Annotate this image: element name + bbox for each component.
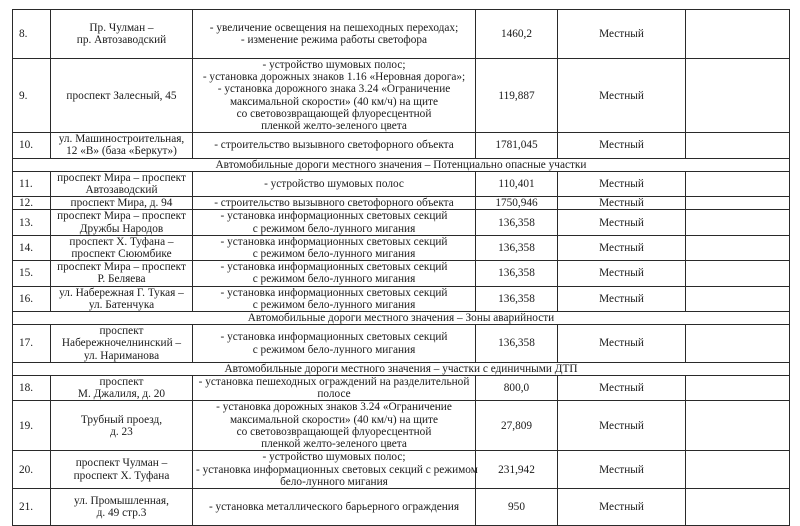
measures-cell: - установка информационных световых секц… xyxy=(193,286,476,311)
location-cell-line: проспект Мира – проспект xyxy=(54,261,189,273)
cost-cell: 231,942 xyxy=(476,451,558,489)
cost-cell-line: 231,942 xyxy=(479,464,554,476)
location-cell: проспектНабережночелнинский –ул. Нариман… xyxy=(51,325,193,363)
cost-cell-line: 1460,2 xyxy=(479,28,554,40)
row-number: 13. xyxy=(13,210,51,235)
significance-cell-line: Местный xyxy=(561,197,682,209)
measures-cell: - строительство вызывного светофорного о… xyxy=(193,197,476,210)
significance-cell: Местный xyxy=(558,59,686,133)
measures-cell-line: максимальной скорости» (40 км/ч) на щите xyxy=(196,96,472,108)
measures-cell-line: - устройство шумовых полос; xyxy=(196,59,472,71)
location-cell-line: Набережночелнинский – xyxy=(54,337,189,349)
cost-cell: 119,887 xyxy=(476,59,558,133)
measures-cell-line: бело-лунного мигания xyxy=(196,476,472,488)
location-cell-line: ул. Промышленная, xyxy=(54,495,189,507)
table-row: 16.ул. Набережная Г. Тукая –ул. Батенчук… xyxy=(13,286,790,311)
location-cell-line: проспект xyxy=(54,376,189,388)
measures-cell: - устройство шумовых полос;- установка д… xyxy=(193,59,476,133)
location-cell-line: Пр. Чулман – xyxy=(54,22,189,34)
section-title-line: Автомобильные дороги местного значения –… xyxy=(16,312,786,324)
measures-cell-line: пленкой желто-зеленого цвета xyxy=(196,438,472,450)
significance-cell-line: Местный xyxy=(561,139,682,151)
note-cell xyxy=(686,401,790,451)
measures-cell-line: - установка информационных световых секц… xyxy=(196,236,472,248)
location-cell: ул. Набережная Г. Тукая –ул. Батенчука xyxy=(51,286,193,311)
measures-cell: - установка металлического барьерного ог… xyxy=(193,488,476,525)
row-number-line: 21. xyxy=(19,501,47,513)
measures-cell-line: - установка дорожного знака 3.24 «Ограни… xyxy=(196,83,472,95)
measures-cell: - установка информационных световых секц… xyxy=(193,210,476,235)
section-title-line: Автомобильные дороги местного значения –… xyxy=(16,363,786,375)
measures-cell-line: пленкой желто-зеленого цвета xyxy=(196,120,472,132)
measures-cell: - установка информационных световых секц… xyxy=(193,325,476,363)
location-cell: проспект Х. Туфана –проспект Сююмбике xyxy=(51,235,193,260)
measures-cell-line: - установка информационных световых секц… xyxy=(196,331,472,343)
location-cell: Пр. Чулман –пр. Автозаводский xyxy=(51,10,193,59)
location-cell-line: проспект Х. Туфана xyxy=(54,470,189,482)
cost-cell-line: 136,358 xyxy=(479,217,554,229)
note-cell xyxy=(686,488,790,525)
note-cell xyxy=(686,286,790,311)
location-cell-line: пр. Автозаводский xyxy=(54,34,189,46)
cost-cell-line: 950 xyxy=(479,501,554,513)
significance-cell: Местный xyxy=(558,325,686,363)
row-number: 16. xyxy=(13,286,51,311)
location-cell-line: ул. Машиностроительная, xyxy=(54,133,189,145)
row-number-line: 9. xyxy=(19,90,47,102)
row-number-line: 20. xyxy=(19,464,47,476)
section-title-line: Автомобильные дороги местного значения –… xyxy=(16,159,786,171)
significance-cell-line: Местный xyxy=(561,28,682,40)
measures-cell-line: - увеличение освещения на пешеходных пер… xyxy=(196,22,472,34)
significance-cell: Местный xyxy=(558,133,686,158)
location-cell-line: проспект Залесный, 45 xyxy=(54,90,189,102)
row-number-line: 16. xyxy=(19,293,47,305)
row-number-line: 12. xyxy=(19,197,47,209)
location-cell-line: д. 49 стр.3 xyxy=(54,507,189,519)
note-cell xyxy=(686,210,790,235)
significance-cell-line: Местный xyxy=(561,501,682,513)
measures-cell: - установка пешеходных ограждений на раз… xyxy=(193,376,476,401)
measures-cell-line: с режимом бело-лунного мигания xyxy=(196,344,472,356)
measures-cell-line: со световозвращающей флуоресцентной xyxy=(196,108,472,120)
location-cell-line: Дружбы Народов xyxy=(54,223,189,235)
row-number: 8. xyxy=(13,10,51,59)
measures-cell-line: максимальной скорости» (40 км/ч) на щите xyxy=(196,414,472,426)
location-cell-line: ул. Нариманова xyxy=(54,350,189,362)
measures-cell-line: с режимом бело-лунного мигания xyxy=(196,273,472,285)
row-number: 14. xyxy=(13,235,51,260)
section-header-row: Автомобильные дороги местного значения –… xyxy=(13,362,790,375)
location-cell-line: Трубный проезд, xyxy=(54,414,189,426)
significance-cell-line: Местный xyxy=(561,217,682,229)
location-cell-line: д. 23 xyxy=(54,426,189,438)
table-row: 14.проспект Х. Туфана –проспект Сююмбике… xyxy=(13,235,790,260)
note-cell xyxy=(686,59,790,133)
row-number-line: 18. xyxy=(19,382,47,394)
significance-cell-line: Местный xyxy=(561,337,682,349)
location-cell: проспект Мира, д. 94 xyxy=(51,197,193,210)
location-cell-line: проспект Мира, д. 94 xyxy=(54,197,189,209)
measures-cell: - увеличение освещения на пешеходных пер… xyxy=(193,10,476,59)
table-row: 20.проспект Чулман –проспект Х. Туфана- … xyxy=(13,451,790,489)
row-number-line: 17. xyxy=(19,337,47,349)
cost-cell-line: 800,0 xyxy=(479,382,554,394)
location-cell-line: проспект Мира – проспект xyxy=(54,172,189,184)
significance-cell: Местный xyxy=(558,401,686,451)
note-cell xyxy=(686,261,790,286)
row-number: 20. xyxy=(13,451,51,489)
location-cell-line: 12 «В» (база «Беркут») xyxy=(54,145,189,157)
cost-cell: 800,0 xyxy=(476,376,558,401)
measures-cell-line: - установка информационных световых секц… xyxy=(196,464,472,476)
measures-cell-line: - установка информационных световых секц… xyxy=(196,210,472,222)
significance-cell: Местный xyxy=(558,286,686,311)
row-number-line: 13. xyxy=(19,217,47,229)
measures-cell: - установка информационных световых секц… xyxy=(193,261,476,286)
measures-cell-line: - устройство шумовых полос xyxy=(196,178,472,190)
measures-cell: - устройство шумовых полос;- установка и… xyxy=(193,451,476,489)
row-number-line: 8. xyxy=(19,28,47,40)
significance-cell: Местный xyxy=(558,210,686,235)
row-number: 17. xyxy=(13,325,51,363)
significance-cell: Местный xyxy=(558,171,686,196)
cost-cell-line: 1750,946 xyxy=(479,197,554,209)
measures-cell-line: - установка пешеходных ограждений на раз… xyxy=(196,376,472,388)
table-row: 21.ул. Промышленная,д. 49 стр.3- установ… xyxy=(13,488,790,525)
location-cell-line: М. Джалиля, д. 20 xyxy=(54,388,189,400)
table-row: 11.проспект Мира – проспектАвтозаводский… xyxy=(13,171,790,196)
significance-cell-line: Местный xyxy=(561,242,682,254)
measures-cell-line: полосе xyxy=(196,388,472,400)
section-title: Автомобильные дороги местного значения –… xyxy=(13,158,790,171)
section-header-row: Автомобильные дороги местного значения –… xyxy=(13,312,790,325)
location-cell-line: ул. Набережная Г. Тукая – xyxy=(54,287,189,299)
row-number: 19. xyxy=(13,401,51,451)
location-cell: Трубный проезд,д. 23 xyxy=(51,401,193,451)
measures-cell-line: - изменение режима работы светофора xyxy=(196,34,472,46)
significance-cell: Местный xyxy=(558,10,686,59)
cost-cell: 136,358 xyxy=(476,210,558,235)
row-number: 12. xyxy=(13,197,51,210)
row-number: 11. xyxy=(13,171,51,196)
significance-cell-line: Местный xyxy=(561,90,682,102)
location-cell-line: Автозаводский xyxy=(54,184,189,196)
measures-cell-line: - установка информационных световых секц… xyxy=(196,287,472,299)
location-cell: ул. Машиностроительная,12 «В» (база «Бер… xyxy=(51,133,193,158)
row-number: 15. xyxy=(13,261,51,286)
note-cell xyxy=(686,197,790,210)
measures-cell: - установка информационных световых секц… xyxy=(193,235,476,260)
table-body: 8.Пр. Чулман –пр. Автозаводский- увеличе… xyxy=(13,10,790,526)
measures-cell-line: со световозвращающей флуоресцентной xyxy=(196,426,472,438)
location-cell: ул. Промышленная,д. 49 стр.3 xyxy=(51,488,193,525)
table-row: 17.проспектНабережночелнинский –ул. Нари… xyxy=(13,325,790,363)
location-cell-line: Р. Беляева xyxy=(54,273,189,285)
measures-cell-line: - установка дорожных знаков 1.16 «Неровн… xyxy=(196,71,472,83)
row-number-line: 10. xyxy=(19,139,47,151)
row-number: 18. xyxy=(13,376,51,401)
location-cell-line: проспект xyxy=(54,325,189,337)
significance-cell: Местный xyxy=(558,451,686,489)
location-cell-line: проспект Х. Туфана – xyxy=(54,236,189,248)
cost-cell-line: 136,358 xyxy=(479,293,554,305)
location-cell: проспект Залесный, 45 xyxy=(51,59,193,133)
cost-cell-line: 1781,045 xyxy=(479,139,554,151)
significance-cell: Местный xyxy=(558,488,686,525)
cost-cell: 136,358 xyxy=(476,286,558,311)
cost-cell-line: 136,358 xyxy=(479,242,554,254)
significance-cell: Местный xyxy=(558,261,686,286)
location-cell: проспектМ. Джалиля, д. 20 xyxy=(51,376,193,401)
significance-cell-line: Местный xyxy=(561,382,682,394)
cost-cell: 1781,045 xyxy=(476,133,558,158)
table-row: 10.ул. Машиностроительная,12 «В» (база «… xyxy=(13,133,790,158)
table-row: 12.проспект Мира, д. 94- строительство в… xyxy=(13,197,790,210)
cost-cell: 1460,2 xyxy=(476,10,558,59)
section-header-row: Автомобильные дороги местного значения –… xyxy=(13,158,790,171)
cost-cell-line: 27,809 xyxy=(479,420,554,432)
note-cell xyxy=(686,10,790,59)
significance-cell-line: Местный xyxy=(561,293,682,305)
table-row: 18.проспектМ. Джалиля, д. 20- установка … xyxy=(13,376,790,401)
road-safety-measures-table: 8.Пр. Чулман –пр. Автозаводский- увеличе… xyxy=(12,9,790,526)
cost-cell-line: 119,887 xyxy=(479,90,554,102)
measures-cell-line: - строительство вызывного светофорного о… xyxy=(196,139,472,151)
cost-cell: 136,358 xyxy=(476,261,558,286)
location-cell: проспект Мира – проспектР. Беляева xyxy=(51,261,193,286)
measures-cell-line: - установка дорожных знаков 3.24 «Ограни… xyxy=(196,401,472,413)
cost-cell-line: 136,358 xyxy=(479,267,554,279)
significance-cell: Местный xyxy=(558,376,686,401)
cost-cell: 1750,946 xyxy=(476,197,558,210)
significance-cell-line: Местный xyxy=(561,464,682,476)
measures-cell-line: с режимом бело-лунного мигания xyxy=(196,223,472,235)
cost-cell-line: 110,401 xyxy=(479,178,554,190)
significance-cell-line: Местный xyxy=(561,267,682,279)
row-number: 10. xyxy=(13,133,51,158)
cost-cell: 136,358 xyxy=(476,325,558,363)
measures-cell-line: - установка информационных световых секц… xyxy=(196,261,472,273)
table-row: 19.Трубный проезд,д. 23- установка дорож… xyxy=(13,401,790,451)
location-cell-line: проспект Мира – проспект xyxy=(54,210,189,222)
note-cell xyxy=(686,451,790,489)
row-number-line: 11. xyxy=(19,178,47,190)
row-number-line: 15. xyxy=(19,267,47,279)
note-cell xyxy=(686,133,790,158)
location-cell-line: проспект Сююмбике xyxy=(54,248,189,260)
row-number-line: 19. xyxy=(19,420,47,432)
cost-cell: 27,809 xyxy=(476,401,558,451)
measures-cell-line: с режимом бело-лунного мигания xyxy=(196,248,472,260)
table-row: 13.проспект Мира – проспектДружбы Народо… xyxy=(13,210,790,235)
row-number: 9. xyxy=(13,59,51,133)
measures-cell: - устройство шумовых полос xyxy=(193,171,476,196)
note-cell xyxy=(686,325,790,363)
cost-cell: 136,358 xyxy=(476,235,558,260)
location-cell: проспект Мира – проспектАвтозаводский xyxy=(51,171,193,196)
row-number-line: 14. xyxy=(19,242,47,254)
measures-cell: - установка дорожных знаков 3.24 «Ограни… xyxy=(193,401,476,451)
significance-cell: Местный xyxy=(558,235,686,260)
table-row: 8.Пр. Чулман –пр. Автозаводский- увеличе… xyxy=(13,10,790,59)
table-row: 9.проспект Залесный, 45- устройство шумо… xyxy=(13,59,790,133)
note-cell xyxy=(686,235,790,260)
measures-cell: - строительство вызывного светофорного о… xyxy=(193,133,476,158)
note-cell xyxy=(686,376,790,401)
location-cell-line: ул. Батенчука xyxy=(54,299,189,311)
significance-cell: Местный xyxy=(558,197,686,210)
location-cell: проспект Мира – проспектДружбы Народов xyxy=(51,210,193,235)
location-cell: проспект Чулман –проспект Х. Туфана xyxy=(51,451,193,489)
measures-cell-line: - строительство вызывного светофорного о… xyxy=(196,197,472,209)
cost-cell-line: 136,358 xyxy=(479,337,554,349)
measures-cell-line: - установка металлического барьерного ог… xyxy=(196,501,472,513)
section-title: Автомобильные дороги местного значения –… xyxy=(13,362,790,375)
measures-cell-line: - устройство шумовых полос; xyxy=(196,451,472,463)
table-row: 15.проспект Мира – проспектР. Беляева- у… xyxy=(13,261,790,286)
note-cell xyxy=(686,171,790,196)
significance-cell-line: Местный xyxy=(561,420,682,432)
section-title: Автомобильные дороги местного значения –… xyxy=(13,312,790,325)
cost-cell: 110,401 xyxy=(476,171,558,196)
cost-cell: 950 xyxy=(476,488,558,525)
row-number: 21. xyxy=(13,488,51,525)
location-cell-line: проспект Чулман – xyxy=(54,457,189,469)
measures-cell-line: с режимом бело-лунного мигания xyxy=(196,299,472,311)
significance-cell-line: Местный xyxy=(561,178,682,190)
